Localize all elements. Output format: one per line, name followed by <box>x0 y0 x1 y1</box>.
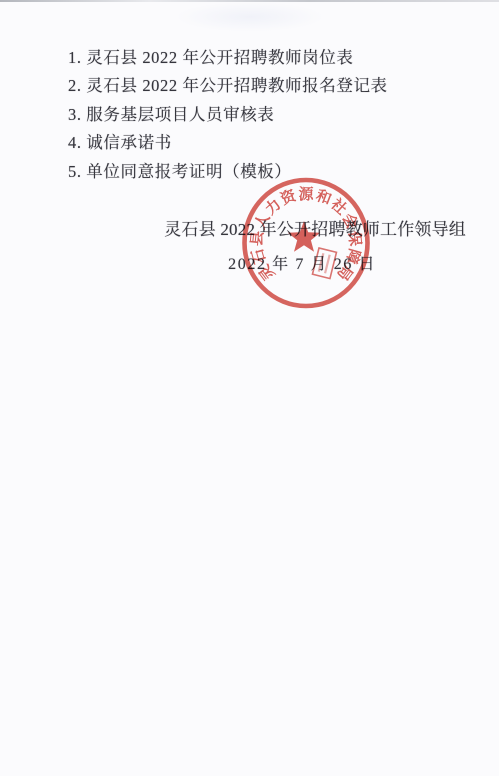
official-seal: 灵石县人力资源和社会保障局 <box>240 176 376 312</box>
list-item: 2. 灵石县 2022 年公开招聘教师报名登记表 <box>68 72 388 100</box>
document-page: 1. 灵石县 2022 年公开招聘教师岗位表 2. 灵石县 2022 年公开招聘… <box>0 0 499 776</box>
list-item: 1. 灵石县 2022 年公开招聘教师岗位表 <box>68 44 388 72</box>
scan-artifact <box>175 2 325 32</box>
list-item: 3. 服务基层项目人员审核表 <box>68 101 388 129</box>
seal-arc-char: 源 <box>298 186 314 203</box>
seal-arc-char: 县 <box>248 230 266 247</box>
seal-arc-char: 保 <box>345 230 364 247</box>
seal-arc-char: 石 <box>249 247 269 266</box>
seal-star-icon <box>288 221 320 252</box>
list-item: 4. 诚信承诺书 <box>68 129 388 157</box>
seal-code-badge <box>312 248 336 279</box>
attachment-list: 1. 灵石县 2022 年公开招聘教师岗位表 2. 灵石县 2022 年公开招聘… <box>68 44 388 186</box>
seal-arc-char: 局 <box>333 261 356 283</box>
